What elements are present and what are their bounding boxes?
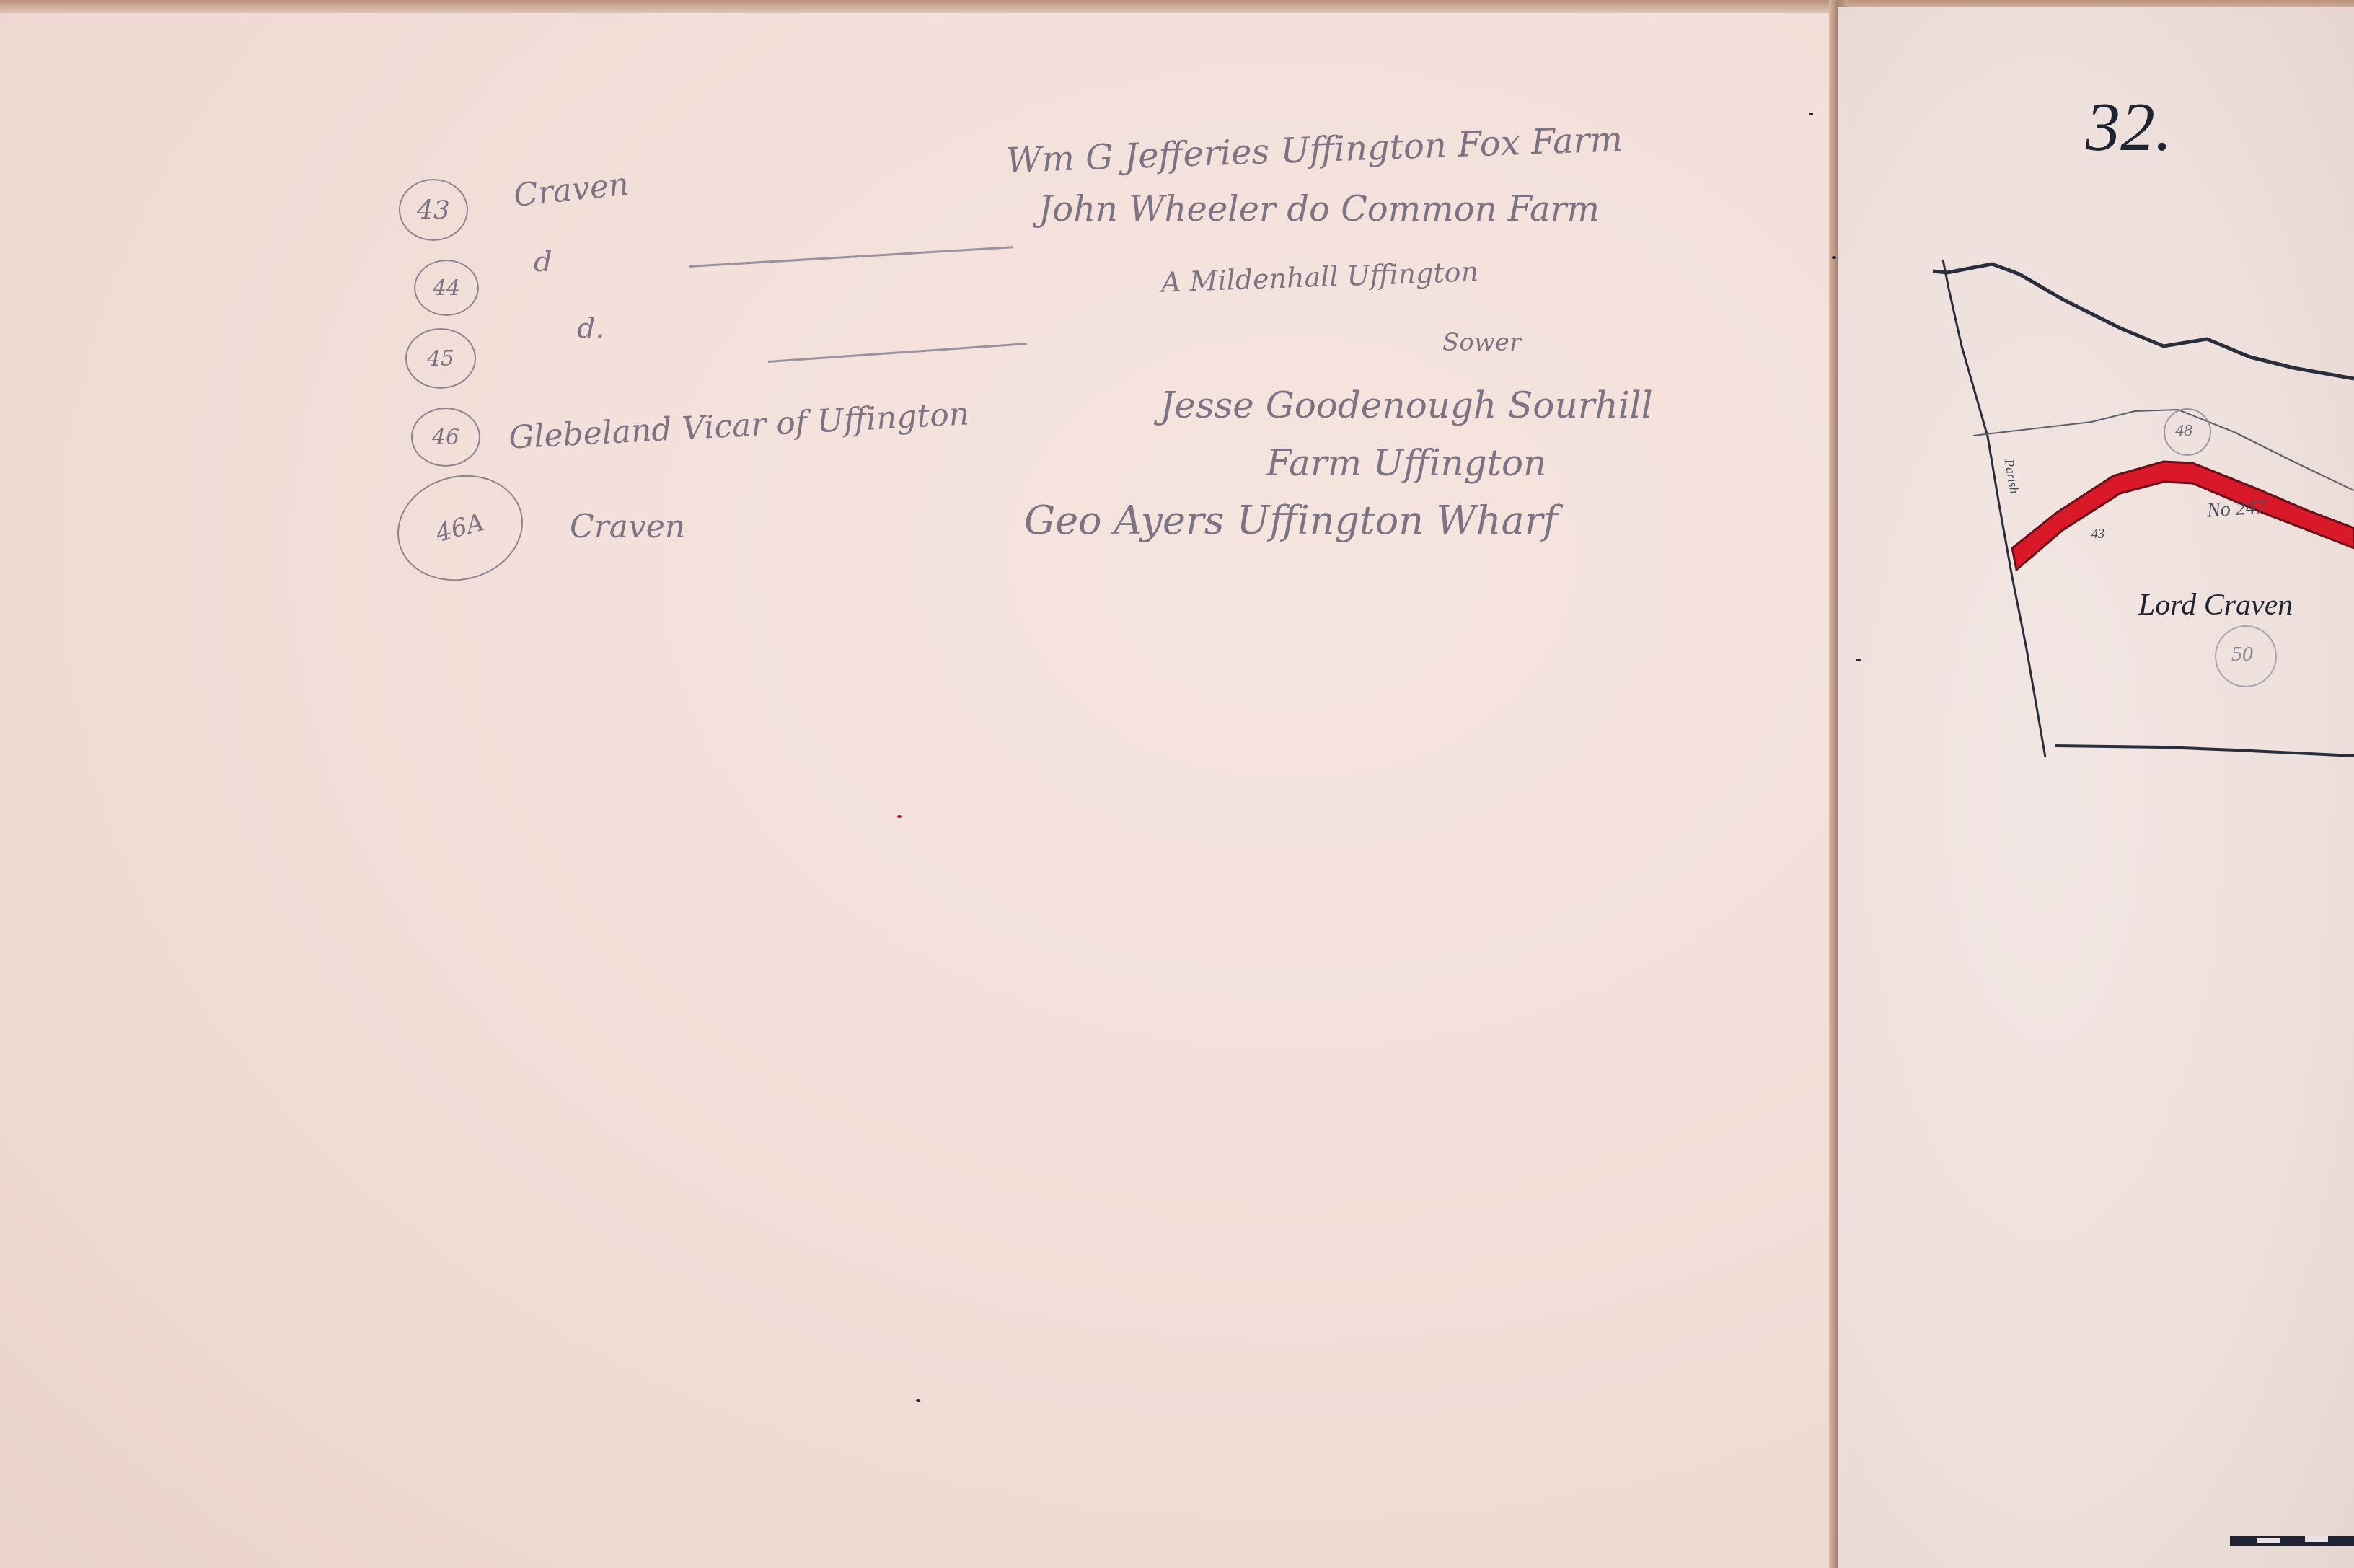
small-mark: 43 [2091,527,2104,542]
parcel-number-48: 48 [2175,421,2192,441]
road-number-label: No 247 [2206,495,2267,523]
parcel-number-50: 50 [2231,642,2253,666]
red-road [2012,462,2354,570]
parcel-owner-label: Lord Craven [2138,588,2293,622]
scale-bar [2230,1536,2354,1546]
estate-map [0,0,2354,1568]
